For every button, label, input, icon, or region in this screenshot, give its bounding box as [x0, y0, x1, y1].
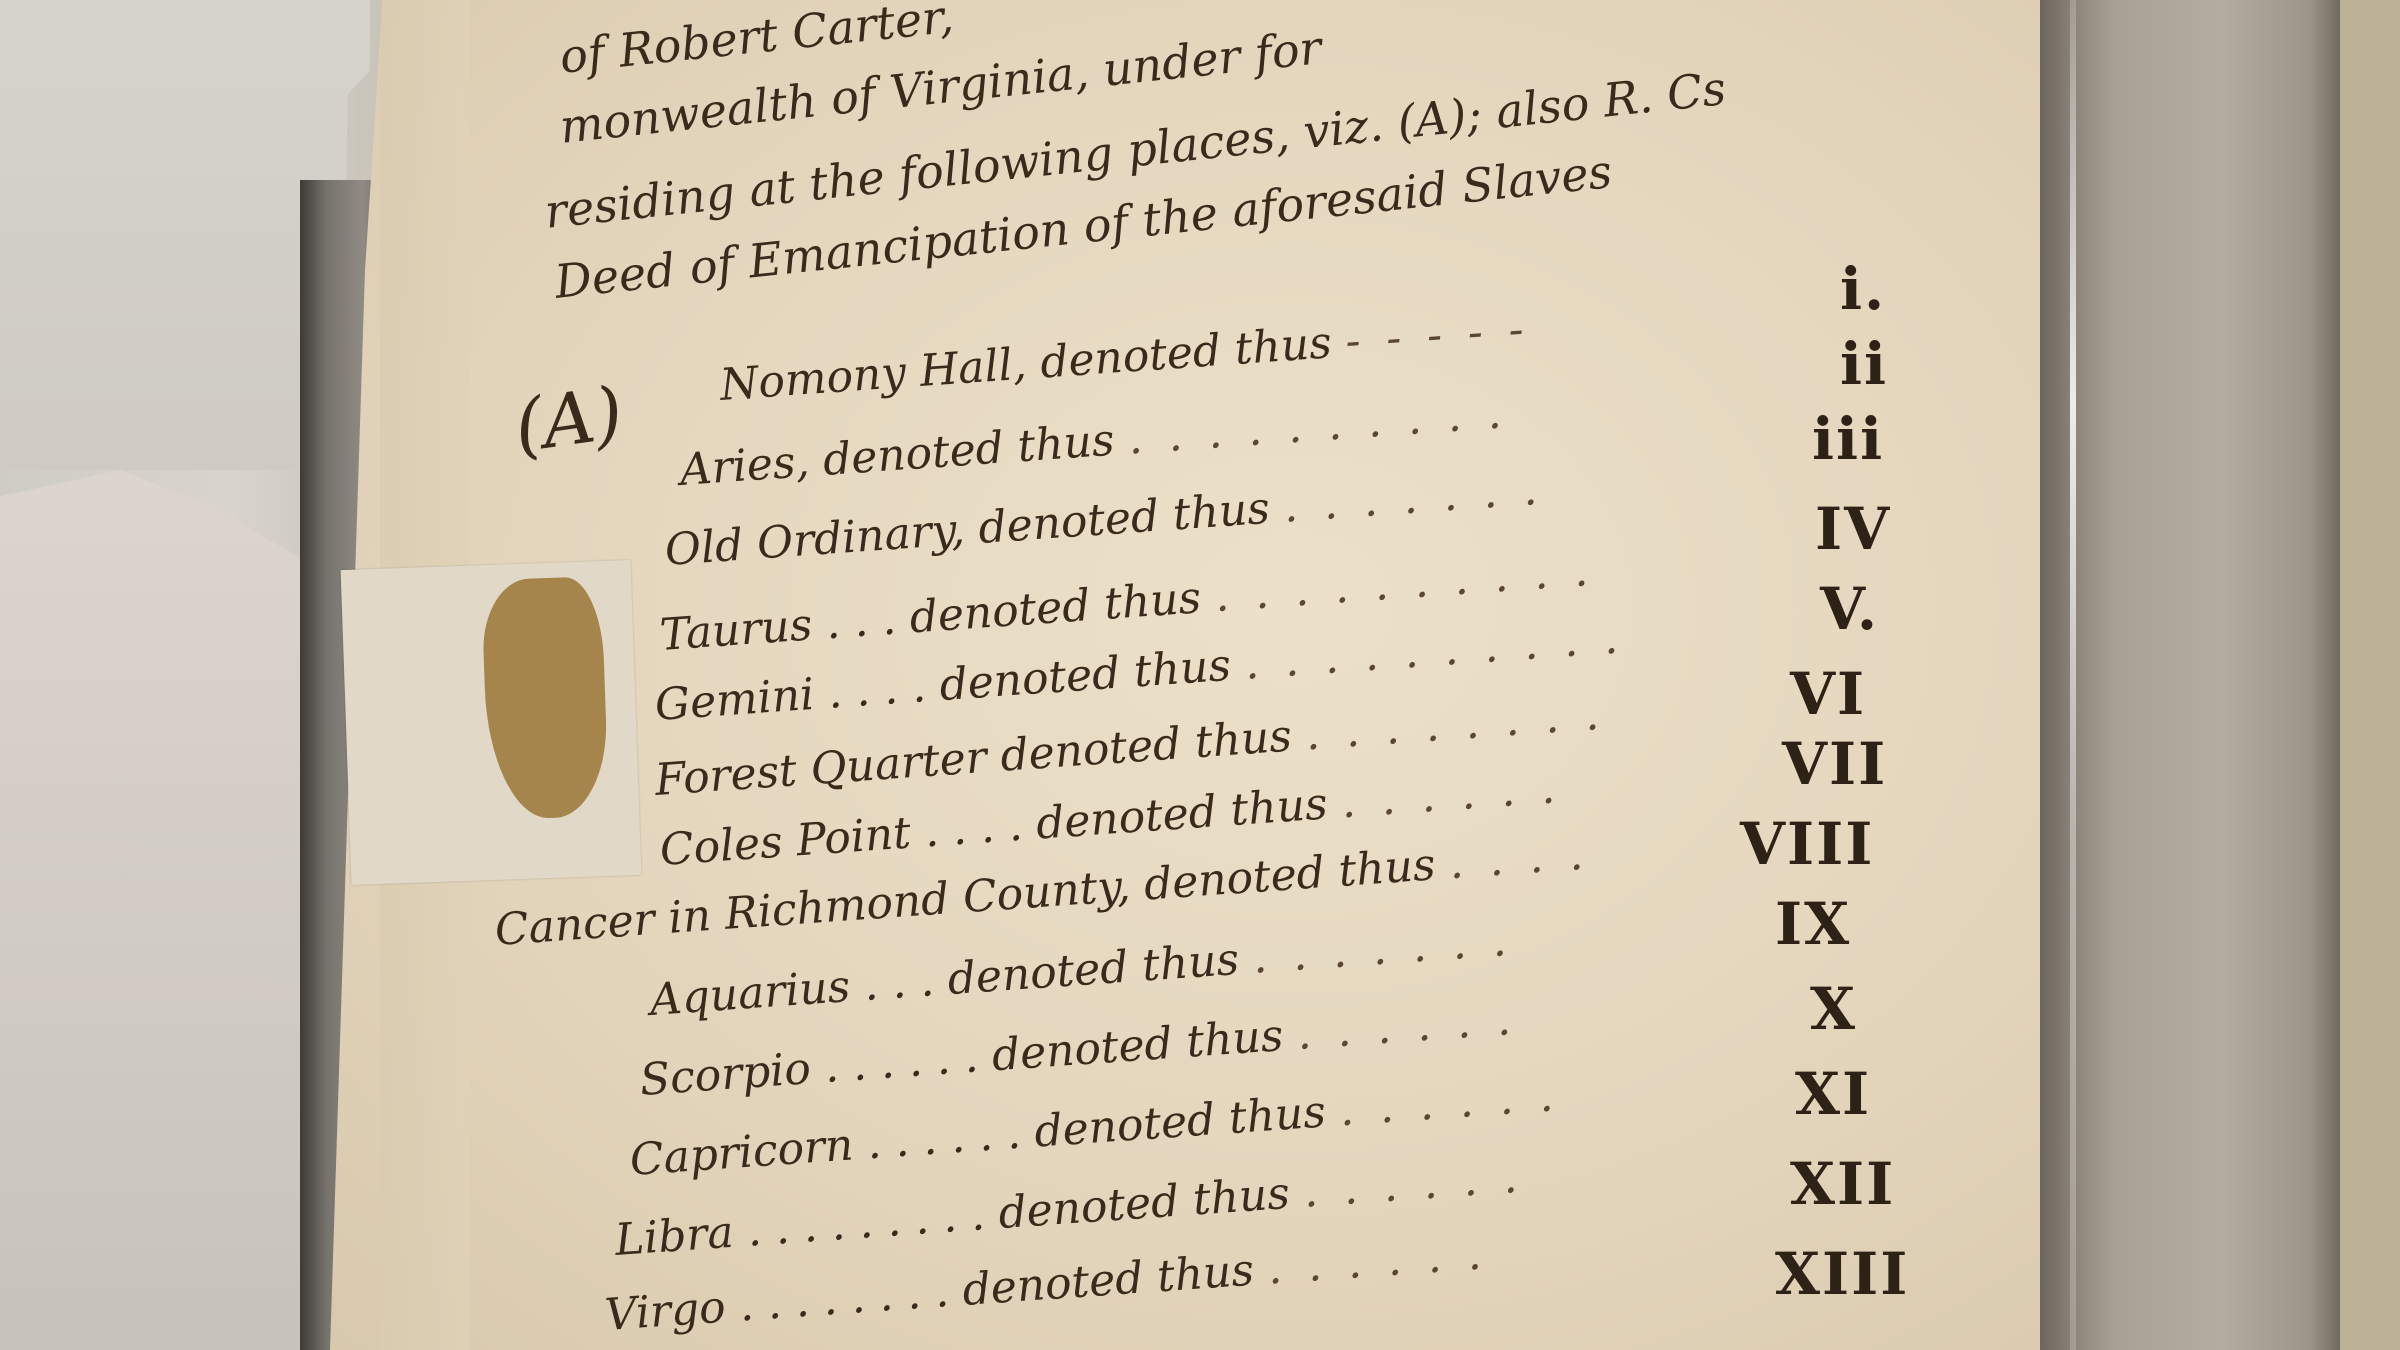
entry-place: Libra	[613, 1207, 735, 1266]
background-cloth	[2340, 0, 2400, 1350]
entry-numeral: VII	[1782, 730, 1887, 798]
repair-tape-patch	[341, 560, 642, 885]
sleeve-glare	[2070, 0, 2076, 1350]
entry-numeral: i.	[1840, 255, 1886, 323]
entry-numeral: iii	[1812, 405, 1884, 473]
entry-place: Virgo	[603, 1282, 727, 1341]
entry-place: Taurus	[658, 599, 814, 661]
entry-numeral: VI	[1790, 660, 1866, 728]
left-paper-torn-lower	[0, 470, 300, 1350]
entry-numeral: XIII	[1775, 1240, 1909, 1308]
entry-leader: . . . .	[1447, 829, 1590, 890]
tape-stain	[481, 576, 609, 820]
entry-numeral: ii	[1840, 330, 1888, 398]
section-mark-a: (A)	[509, 370, 628, 468]
entry-numeral: X	[1810, 975, 1857, 1043]
entry-numeral: IX	[1775, 890, 1851, 958]
entry-numeral: IV	[1815, 495, 1891, 563]
entry-place: Aries,	[678, 436, 811, 496]
protective-sleeve	[2040, 0, 2340, 1350]
entry-numeral: XII	[1790, 1150, 1895, 1218]
entry-numeral: V.	[1820, 575, 1879, 643]
entry-numeral: VIII	[1740, 810, 1874, 878]
entry-numeral: XI	[1795, 1060, 1871, 1128]
